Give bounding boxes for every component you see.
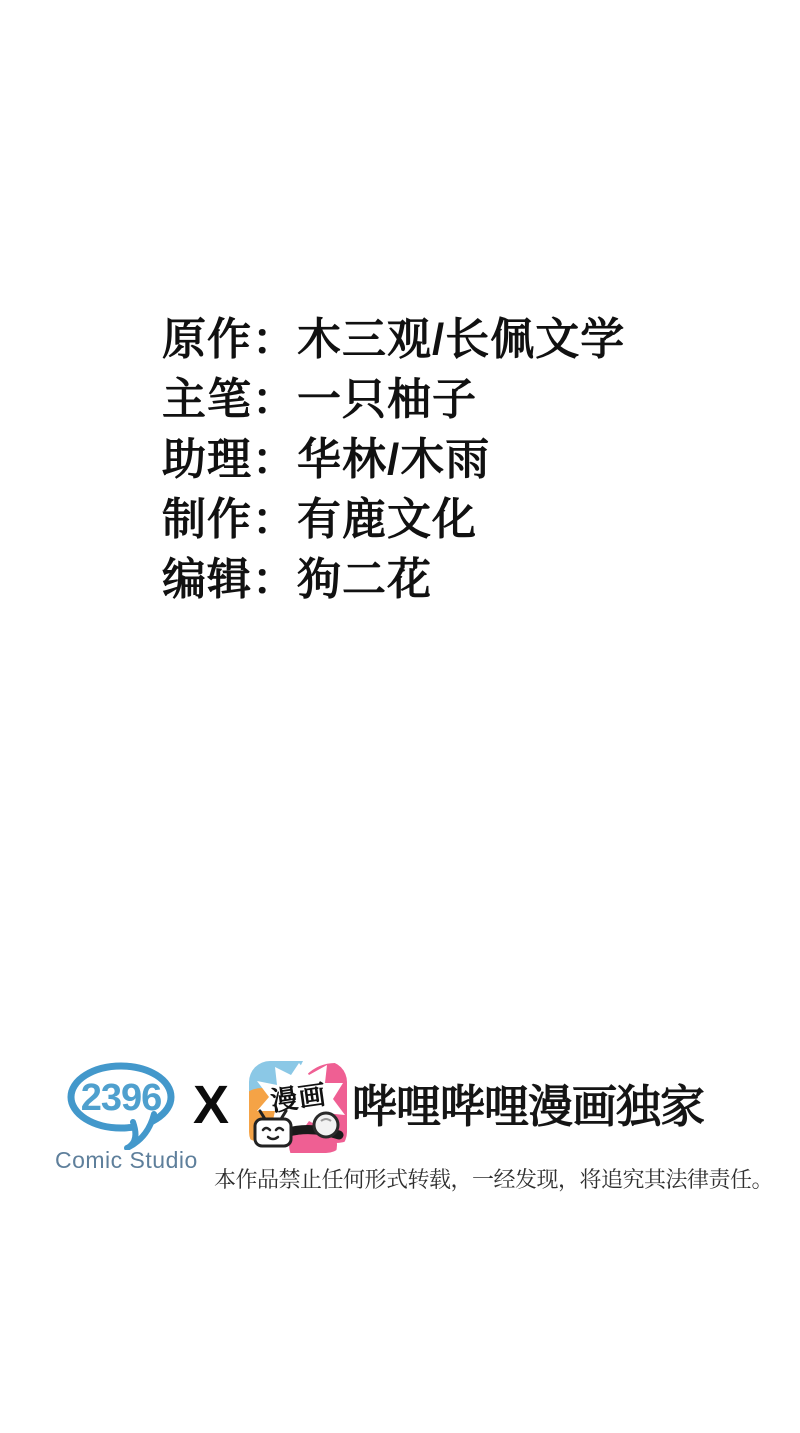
credit-role: 编辑： xyxy=(162,550,297,610)
speech-bubble-icon: 2396 xyxy=(55,1060,189,1150)
bilibili-manga-app-icon: 漫画 xyxy=(249,1061,347,1153)
credit-value: 一只柚子 xyxy=(297,370,477,430)
credit-role: 主笔： xyxy=(162,370,297,430)
credit-role: 原作： xyxy=(162,310,297,370)
platform-exclusive-text: 哔哩哔哩漫画独家 xyxy=(352,1083,704,1131)
credit-line-editor: 编辑：狗二花 xyxy=(162,550,625,610)
credit-value: 华林/木雨 xyxy=(297,430,490,490)
credit-role: 助理： xyxy=(162,430,297,490)
collab-x-mark: X xyxy=(193,1078,229,1132)
credit-role: 制作： xyxy=(162,490,297,550)
studio-number: 2396 xyxy=(81,1077,162,1119)
credit-line-production: 制作：有鹿文化 xyxy=(162,490,625,550)
studio-name: Comic Studio xyxy=(55,1148,189,1172)
credit-line-assistant: 助理：华林/木雨 xyxy=(162,430,625,490)
studio-logo: 2396 Comic Studio xyxy=(55,1060,189,1172)
credits-list: 原作：木三观/长佩文学 主笔：一只柚子 助理：华林/木雨 制作：有鹿文化 编辑：… xyxy=(162,310,625,610)
comic-credits-page: 原作：木三观/长佩文学 主笔：一只柚子 助理：华林/木雨 制作：有鹿文化 编辑：… xyxy=(0,0,800,1433)
paw-icon xyxy=(314,1113,338,1137)
credit-line-original: 原作：木三观/长佩文学 xyxy=(162,310,625,370)
credit-value: 狗二花 xyxy=(297,550,432,610)
copyright-disclaimer: 本作品禁止任何形式转载，一经发现，将追究其法律责任。 xyxy=(214,1166,773,1194)
credit-line-artist: 主笔：一只柚子 xyxy=(162,370,625,430)
credit-value: 有鹿文化 xyxy=(297,490,477,550)
credit-value: 木三观/长佩文学 xyxy=(297,310,625,370)
